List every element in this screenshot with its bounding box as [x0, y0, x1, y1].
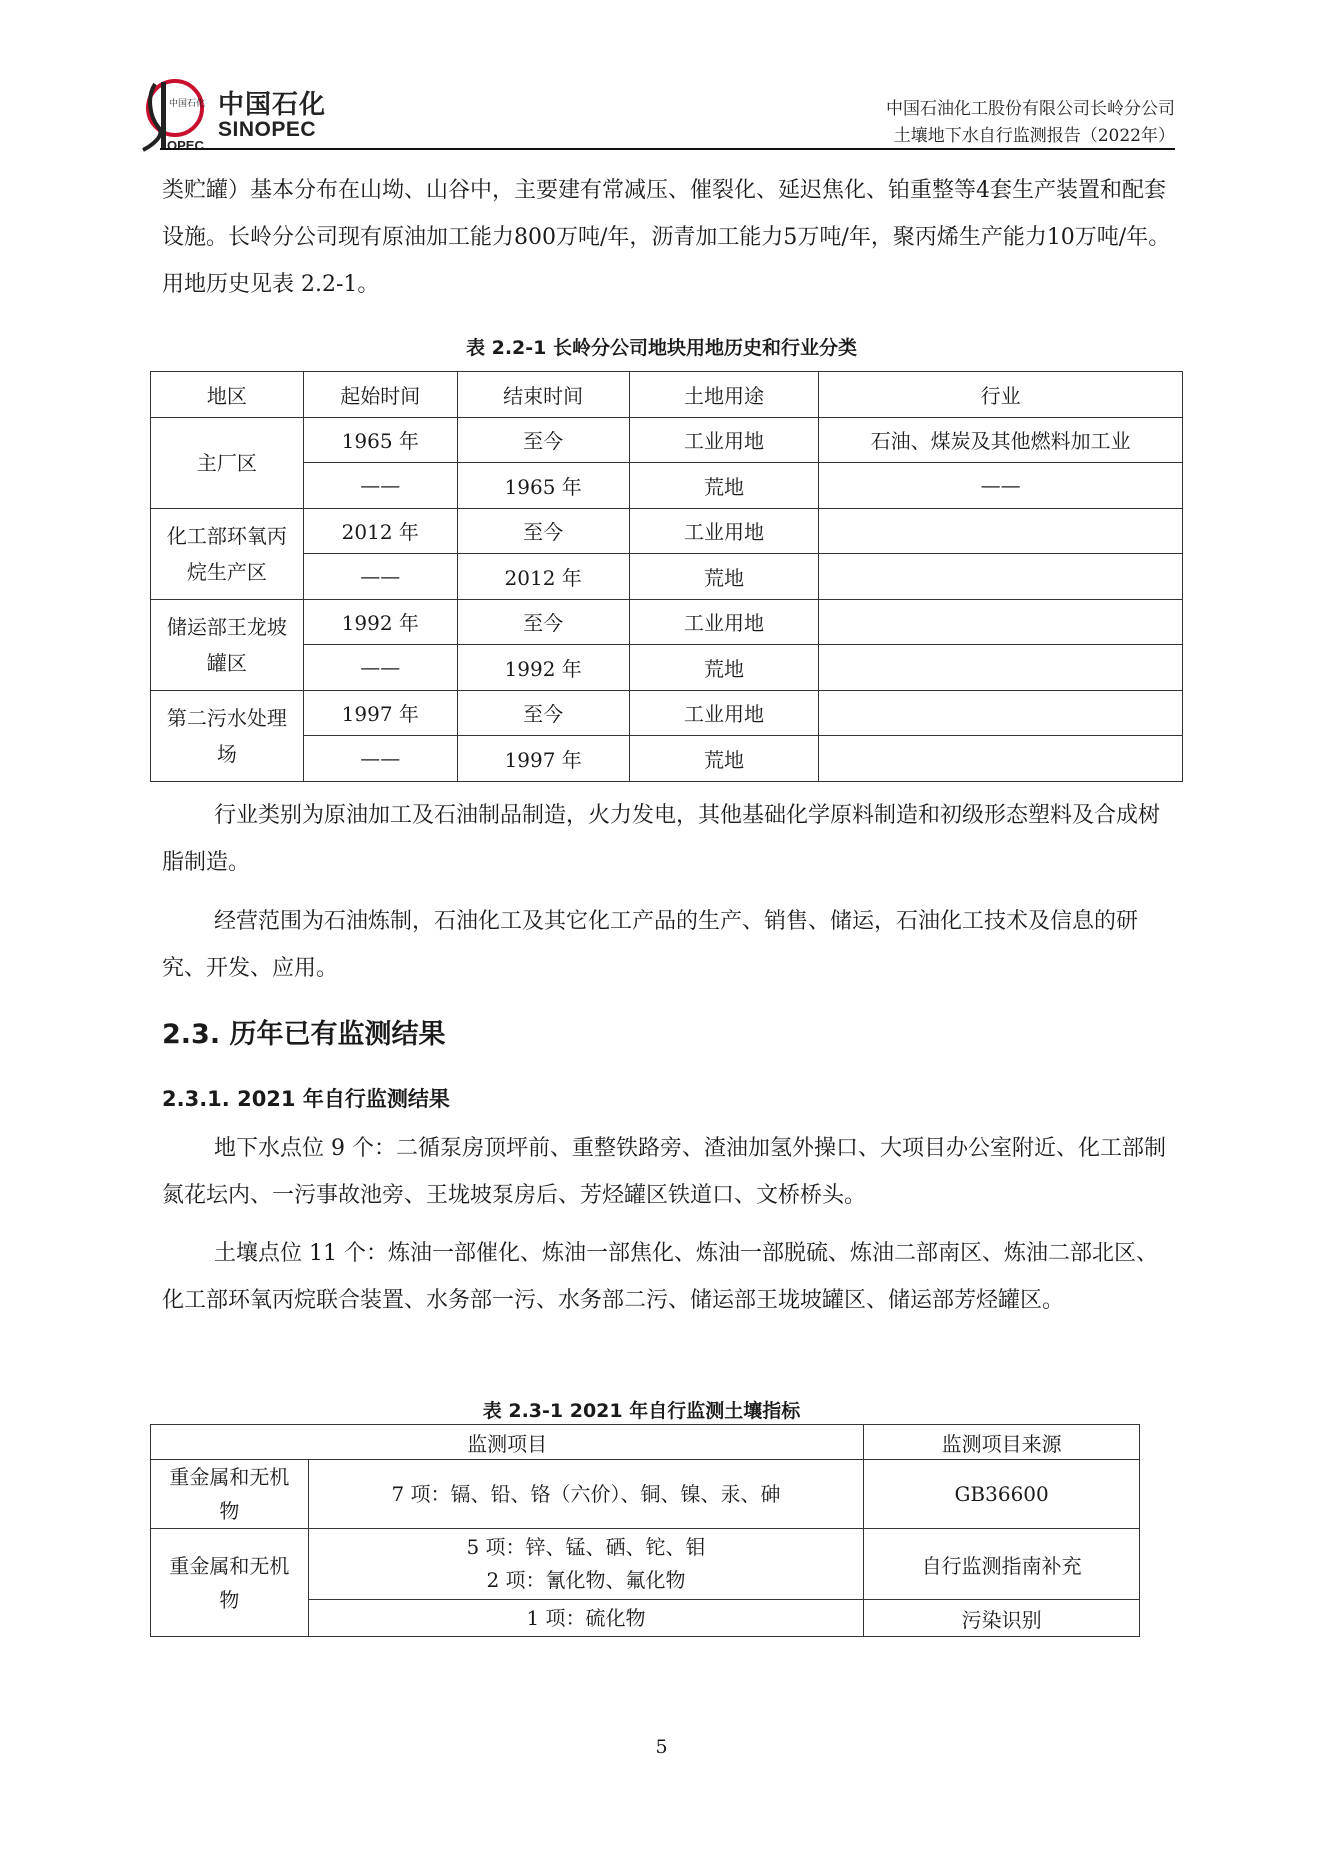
- logo-english-name: SINOPEC: [218, 118, 316, 142]
- header-region: 地区: [151, 372, 304, 418]
- end-cell: 1992 年: [457, 645, 629, 691]
- soil-paragraph: 土壤点位 11 个：炼油一部催化、炼油一部焦化、炼油一部脱硫、炼油二部南区、炼油…: [162, 1230, 1172, 1324]
- table-row: 主厂区 1965 年 至今 工业用地 石油、煤炭及其他燃料加工业: [151, 417, 1183, 463]
- soil-monitoring-indicators-table: 监测项目 监测项目来源 重金属和无机物 7 项：镉、铅、铬（六价）、铜、镍、汞、…: [150, 1424, 1140, 1637]
- table-row: 化工部环氧丙烷生产区 2012 年 至今 工业用地: [151, 508, 1183, 554]
- groundwater-paragraph: 地下水点位 9 个：二循泵房顶坪前、重整铁路旁、渣油加氢外操口、大项目办公室附近…: [162, 1125, 1172, 1219]
- start-cell: 1992 年: [303, 599, 457, 645]
- running-header: 中国石油化工股份有限公司长岭分公司 土壤地下水自行监测报告（2022年）: [886, 96, 1175, 150]
- table-row: —— 1997 年 荒地: [151, 736, 1183, 782]
- end-cell: 至今: [457, 690, 629, 736]
- industry-cell: [819, 554, 1183, 600]
- category-cell: 重金属和无机物: [151, 1460, 309, 1529]
- header-end-time: 结束时间: [457, 372, 629, 418]
- end-cell: 2012 年: [457, 554, 629, 600]
- industry-paragraph: 行业类别为原油加工及石油制品制造，火力发电，其他基础化学原料制造和初级形态塑料及…: [162, 792, 1172, 886]
- table-row: —— 2012 年 荒地: [151, 554, 1183, 600]
- category-cell: 重金属和无机物: [151, 1529, 309, 1637]
- use-cell: 荒地: [629, 554, 819, 600]
- region-cell: 化工部环氧丙烷生产区: [151, 508, 304, 599]
- start-cell: 1965 年: [303, 417, 457, 463]
- land-use-history-table: 地区 起始时间 结束时间 土地用途 行业 主厂区 1965 年 至今 工业用地 …: [150, 371, 1183, 782]
- industry-cell: [819, 645, 1183, 691]
- table-row: 储运部王龙坡罐区 1992 年 至今 工业用地: [151, 599, 1183, 645]
- start-cell: ——: [303, 736, 457, 782]
- table-2-3-1-caption: 表 2.3-1 2021 年自行监测土壤指标: [0, 1396, 1303, 1423]
- items-cell: 7 项：镉、铅、铬（六价）、铜、镍、汞、砷: [308, 1460, 863, 1529]
- industry-cell: [819, 736, 1183, 782]
- region-cell: 主厂区: [151, 417, 304, 508]
- region-cell: 储运部王龙坡罐区: [151, 599, 304, 690]
- industry-paragraph-text: 行业类别为原油加工及石油制品制造，火力发电，其他基础化学原料制造和初级形态塑料及…: [162, 803, 1160, 875]
- start-cell: ——: [303, 463, 457, 509]
- industry-cell: [819, 599, 1183, 645]
- start-cell: ——: [303, 554, 457, 600]
- table-row: —— 1992 年 荒地: [151, 645, 1183, 691]
- items-line: 2 项：氰化物、氟化物: [309, 1564, 863, 1597]
- logo-chinese-name: 中国石化: [218, 84, 326, 121]
- items-cell: 1 项：硫化物: [308, 1600, 863, 1637]
- use-cell: 荒地: [629, 645, 819, 691]
- header-company: 中国石油化工股份有限公司长岭分公司: [886, 96, 1175, 123]
- end-cell: 1965 年: [457, 463, 629, 509]
- header-land-use: 土地用途: [629, 372, 819, 418]
- header-source: 监测项目来源: [864, 1425, 1140, 1460]
- end-cell: 1997 年: [457, 736, 629, 782]
- source-cell: GB36600: [864, 1460, 1140, 1529]
- section-2-3-heading: 2.3. 历年已有监测结果: [162, 1012, 446, 1051]
- source-cell: 污染识别: [864, 1600, 1140, 1637]
- scope-paragraph: 经营范围为石油炼制，石油化工及其它化工产品的生产、销售、储运，石油化工技术及信息…: [162, 898, 1172, 992]
- start-cell: ——: [303, 645, 457, 691]
- header-industry: 行业: [819, 372, 1183, 418]
- groundwater-paragraph-text: 地下水点位 9 个：二循泵房顶坪前、重整铁路旁、渣油加氢外操口、大项目办公室附近…: [162, 1136, 1166, 1208]
- table-row: 重金属和无机物 5 项：锌、锰、硒、铊、钼 2 项：氰化物、氟化物 自行监测指南…: [151, 1529, 1140, 1600]
- use-cell: 工业用地: [629, 508, 819, 554]
- use-cell: 荒地: [629, 463, 819, 509]
- use-cell: 荒地: [629, 736, 819, 782]
- table-row: 重金属和无机物 7 项：镉、铅、铬（六价）、铜、镍、汞、砷 GB36600: [151, 1460, 1140, 1529]
- table-2-2-1-caption: 表 2.2-1 长岭分公司地块用地历史和行业分类: [0, 333, 1323, 360]
- end-cell: 至今: [457, 417, 629, 463]
- items-cell: 5 项：锌、锰、硒、铊、钼 2 项：氰化物、氟化物: [308, 1529, 863, 1600]
- industry-cell: [819, 508, 1183, 554]
- section-2-3-1-heading: 2.3.1. 2021 年自行监测结果: [162, 1083, 450, 1113]
- source-cell: 自行监测指南补充: [864, 1529, 1140, 1600]
- items-line: 5 项：锌、锰、硒、铊、钼: [309, 1531, 863, 1564]
- use-cell: 工业用地: [629, 599, 819, 645]
- header-divider: [160, 148, 1175, 150]
- scope-paragraph-text: 经营范围为石油炼制，石油化工及其它化工产品的生产、销售、储运，石油化工技术及信息…: [162, 909, 1138, 981]
- logo-mark-text: 中国石化: [169, 97, 205, 109]
- end-cell: 至今: [457, 508, 629, 554]
- use-cell: 工业用地: [629, 417, 819, 463]
- table-row: —— 1965 年 荒地 ——: [151, 463, 1183, 509]
- svg-text:OPEC: OPEC: [167, 138, 204, 153]
- table-header-row: 地区 起始时间 结束时间 土地用途 行业: [151, 372, 1183, 418]
- header-report-title: 土壤地下水自行监测报告（2022年）: [886, 123, 1175, 150]
- use-cell: 工业用地: [629, 690, 819, 736]
- region-cell: 第二污水处理场: [151, 690, 304, 781]
- industry-cell: 石油、煤炭及其他燃料加工业: [819, 417, 1183, 463]
- header-monitoring-items: 监测项目: [151, 1425, 864, 1460]
- industry-cell: ——: [819, 463, 1183, 509]
- soil-paragraph-text: 土壤点位 11 个：炼油一部催化、炼油一部焦化、炼油一部脱硫、炼油二部南区、炼油…: [162, 1241, 1158, 1313]
- intro-paragraph: 类贮罐）基本分布在山坳、山谷中，主要建有常减压、催裂化、延迟焦化、铂重整等4套生…: [162, 167, 1172, 308]
- start-cell: 2012 年: [303, 508, 457, 554]
- page-number: 5: [0, 1736, 1323, 1758]
- table-row: 第二污水处理场 1997 年 至今 工业用地: [151, 690, 1183, 736]
- end-cell: 至今: [457, 599, 629, 645]
- table-header-row: 监测项目 监测项目来源: [151, 1425, 1140, 1460]
- start-cell: 1997 年: [303, 690, 457, 736]
- industry-cell: [819, 690, 1183, 736]
- header-start-time: 起始时间: [303, 372, 457, 418]
- sinopec-logo-icon: 中国石化 OPEC: [137, 76, 207, 154]
